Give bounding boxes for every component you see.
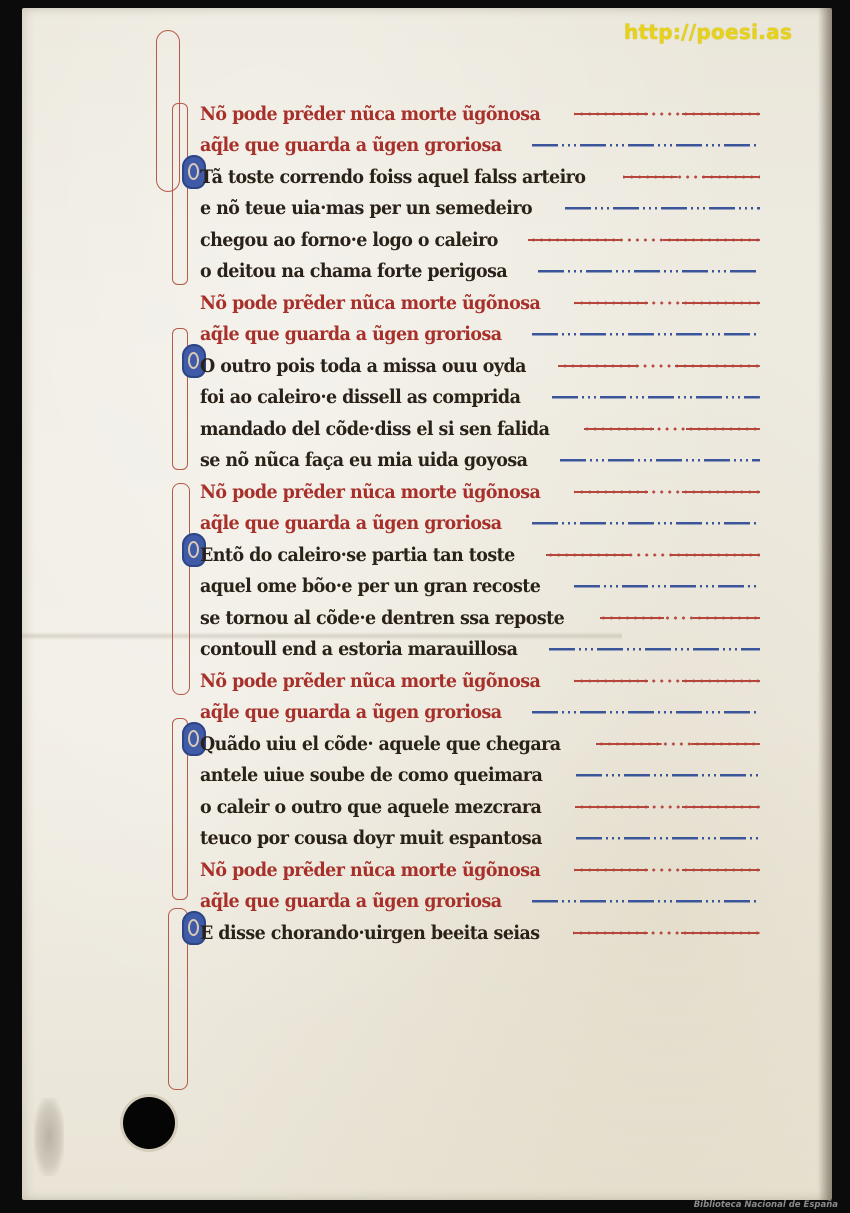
verse-text: Entõ do caleiro·se partia tan toste [200,544,515,566]
verse-text: se nõ nũca faça eu mia uida goyosa [200,449,527,471]
manuscript-line: Nõ pode prẽder nũca morte ũgõnosa [200,854,760,886]
manuscript-line: O outro pois toda a missa ouu oyda [200,350,760,382]
refrain-text: Nõ pode prẽder nũca morte ũgõnosa [200,292,540,314]
line-filler [574,107,760,121]
line-filler [532,138,760,152]
line-filler [552,390,760,404]
refrain-text: Nõ pode prẽder nũca morte ũgõnosa [200,670,540,692]
line-filler [573,926,760,940]
refrain-text: aq̃le que guarda a ũgen groriosa [200,512,502,534]
manuscript-line: mandado del cõde·diss el si sen falida [200,413,760,445]
refrain-text: aq̃le que guarda a ũgen groriosa [200,134,502,156]
verse-text: Tã toste correndo foiss aquel falss arte… [200,166,585,188]
manuscript-line: Entõ do caleiro·se partia tan toste [200,539,760,571]
verse-text: aquel ome bõo·e per un gran recoste [200,575,540,597]
verse-text: o deitou na chama forte perigosa [200,260,507,282]
manuscript-line: e nõ teue uia·mas per un semedeiro [200,193,760,225]
line-filler [584,422,760,436]
line-filler [596,737,760,751]
line-filler [532,894,760,908]
line-filler [532,516,760,530]
verse-text: e nõ teue uia·mas per un semedeiro [200,197,532,219]
manuscript-line: o deitou na chama forte perigosa [200,256,760,288]
manuscript-line: Nõ pode prẽder nũca morte ũgõnosa [200,476,760,508]
refrain-text: Nõ pode prẽder nũca morte ũgõnosa [200,859,540,881]
line-filler [528,233,760,247]
manuscript-line: aquel ome bõo·e per un gran recoste [200,571,760,603]
line-filler [575,800,760,814]
manuscript-line: antele uiue soube de como queimara [200,760,760,792]
line-filler [576,768,760,782]
manuscript-line: aq̃le que guarda a ũgen groriosa [200,886,760,918]
line-filler [558,359,760,373]
refrain-text: aq̃le que guarda a ũgen groriosa [200,890,502,912]
paper-damage [34,1098,64,1176]
manuscript-line: se nõ nũca faça eu mia uida goyosa [200,445,760,477]
manuscript-line: Nõ pode prẽder nũca morte ũgõnosa [200,287,760,319]
verse-text: Quãdo uiu el cõde· aquele que chegara [200,733,561,755]
refrain-text: aq̃le que guarda a ũgen groriosa [200,323,502,345]
line-filler [549,642,760,656]
verse-text: mandado del cõde·diss el si sen falida [200,418,549,440]
manuscript-line: chegou ao forno·e logo o caleiro [200,224,760,256]
manuscript-line: Tã toste correndo foiss aquel falss arte… [200,161,760,193]
line-filler [576,831,760,845]
manuscript-line: Quãdo uiu el cõde· aquele que chegara [200,728,760,760]
verse-text: antele uiue soube de como queimara [200,764,542,786]
manuscript-line: contoull end a estoria marauillosa [200,634,760,666]
verse-text: contoull end a estoria marauillosa [200,638,517,660]
line-filler [538,264,760,278]
flourish-decoration [172,483,190,695]
line-filler [532,705,760,719]
binding-shadow [818,8,832,1200]
refrain-text: Nõ pode prẽder nũca morte ũgõnosa [200,481,540,503]
manuscript-line: se tornou al cõde·e dentren ssa reposte [200,602,760,634]
verse-text: foi ao caleiro·e dissell as comprida [200,386,520,408]
line-filler [532,327,760,341]
manuscript-line: aq̃le que guarda a ũgen groriosa [200,697,760,729]
manuscript-line: aq̃le que guarda a ũgen groriosa [200,130,760,162]
manuscript-line: E disse chorando·uirgen beeita seias [200,917,760,949]
manuscript-line: aq̃le que guarda a ũgen groriosa [200,508,760,540]
manuscript-line: foi ao caleiro·e dissell as comprida [200,382,760,414]
line-filler [574,296,760,310]
line-filler [574,579,760,593]
line-filler [623,170,760,184]
flourish-decoration [172,103,188,285]
manuscript-text: Nõ pode prẽder nũca morte ũgõnosaaq̃le q… [200,98,760,949]
manuscript-line: teuco por cousa doyr muit espantosa [200,823,760,855]
manuscript-line: Nõ pode prẽder nũca morte ũgõnosa [200,98,760,130]
verse-text: O outro pois toda a missa ouu oyda [200,355,526,377]
line-filler [574,485,760,499]
line-filler [600,611,760,625]
watermark-link[interactable]: http://poesi.as [624,20,792,44]
line-filler [574,863,760,877]
library-credit: Biblioteca Nacional de España [694,1200,838,1210]
manuscript-line: o caleir o outro que aquele mezcrara [200,791,760,823]
line-filler [546,548,760,562]
verse-text: teuco por cousa doyr muit espantosa [200,827,542,849]
line-filler [574,674,760,688]
line-filler [565,201,760,215]
refrain-text: aq̃le que guarda a ũgen groriosa [200,701,502,723]
verse-text: se tornou al cõde·e dentren ssa reposte [200,607,564,629]
verse-text: E disse chorando·uirgen beeita seias [200,922,540,944]
punched-hole [123,1097,175,1149]
manuscript-line: Nõ pode prẽder nũca morte ũgõnosa [200,665,760,697]
verse-text: o caleir o outro que aquele mezcrara [200,796,541,818]
refrain-text: Nõ pode prẽder nũca morte ũgõnosa [200,103,540,125]
verse-text: chegou ao forno·e logo o caleiro [200,229,498,251]
manuscript-line: aq̃le que guarda a ũgen groriosa [200,319,760,351]
line-filler [560,453,760,467]
